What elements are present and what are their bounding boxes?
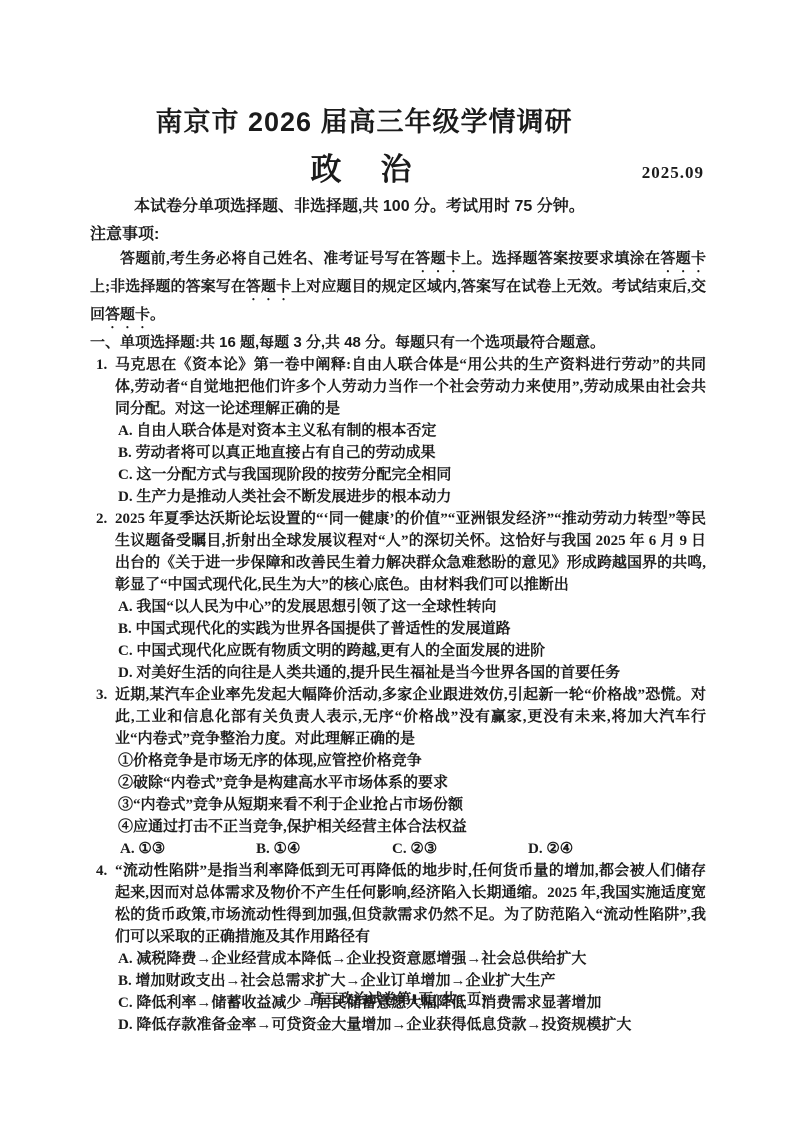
question-stem: “流动性陷阱”是指当利率降低到无可再降低的地步时,任何货币量的增加,都会被人们储… bbox=[115, 860, 706, 948]
plain-text: 上;非选择题的答案写在 bbox=[90, 279, 246, 295]
section-heading: 一、单项选择题:共 16 题,每题 3 分,共 48 分。每题只有一个选项最符合… bbox=[90, 332, 706, 354]
answer-option: B. 劳动者将可以真正地直接占有自己的劳动成果 bbox=[118, 442, 706, 464]
exam-date: 2025.09 bbox=[642, 162, 704, 184]
question-stem: 近期,某汽车企业率先发起大幅降价活动,多家企业跟进效仿,引起新一轮“价格战”恐慌… bbox=[115, 684, 706, 750]
answer-option: C. ②③ bbox=[392, 838, 528, 860]
answer-option: D. ②④ bbox=[528, 838, 664, 860]
answer-option: B. 中国式现代化的实践为世界各国提供了普适性的发展道路 bbox=[118, 618, 706, 640]
plain-text: 。 bbox=[150, 307, 165, 323]
answer-option: D. 生产力是推动人类社会不断发展进步的根本动力 bbox=[118, 486, 706, 508]
emphasized-text: 答题卡 bbox=[415, 251, 461, 267]
answer-option: D. 对美好生活的向往是人类共通的,提升民生福祉是当今世界各国的首要任务 bbox=[118, 662, 706, 684]
question-options: A. 我国“以人民为中心”的发展思想引领了这一全球性转向B. 中国式现代化的实践… bbox=[115, 596, 706, 684]
question: 3. 近期,某汽车企业率先发起大幅降价活动,多家企业跟进效仿,引起新一轮“价格战… bbox=[90, 684, 706, 860]
statement-item: ④应通过打击不正当竞争,保护相关经营主体合法权益 bbox=[118, 816, 706, 838]
answer-option: A. 自由人联合体是对资本主义私有制的根本否定 bbox=[118, 420, 706, 442]
notice-text: 答题前,考生务必将自己姓名、准考证号写在答题卡上。选择题答案按要求填涂在答题卡上… bbox=[90, 248, 706, 332]
answer-option: B. ①④ bbox=[256, 838, 392, 860]
answer-option: C. 中国式现代化应既有物质文明的跨越,更有人的全面发展的进阶 bbox=[118, 640, 706, 662]
question-number: 4. bbox=[96, 860, 107, 882]
answer-option: A. 我国“以人民为中心”的发展思想引领了这一全球性转向 bbox=[118, 596, 706, 618]
answer-option: C. 这一分配方式与我国现阶段的按劳分配完全相同 bbox=[118, 464, 706, 486]
question-list: 1. 马克思在《资本论》第一卷中阐释:自由人联合体是“用公共的生产资料进行劳动”… bbox=[90, 354, 706, 1036]
answer-option: A. ①③ bbox=[120, 838, 256, 860]
emphasized-text: 答题卡 bbox=[660, 251, 706, 267]
question-options: ①价格竞争是市场无序的体现,应管控价格竞争②破除“内卷式”竞争是构建高水平市场体… bbox=[115, 750, 706, 860]
answer-option: B. 增加财政支出→社会总需求扩大→企业订单增加→企业扩大生产 bbox=[118, 970, 706, 992]
exam-page: 南京市 2026 届高三年级学情调研 政 治 2025.09 本试卷分单项选择题… bbox=[0, 0, 794, 1123]
statement-item: ①价格竞争是市场无序的体现,应管控价格竞争 bbox=[118, 750, 706, 772]
question-stem: 马克思在《资本论》第一卷中阐释:自由人联合体是“用公共的生产资料进行劳动”的共同… bbox=[115, 354, 706, 420]
plain-text: 上。选择题答案按要求填涂在 bbox=[461, 251, 660, 267]
question-stem: 2025 年夏季达沃斯论坛设置的“‘同一健康’的价值”“亚洲银发经济”“推动劳动… bbox=[115, 508, 706, 596]
page-content: 南京市 2026 届高三年级学情调研 政 治 2025.09 本试卷分单项选择题… bbox=[90, 0, 706, 1036]
question-number: 1. bbox=[96, 354, 107, 376]
page-footer: 高三政治试卷第1页( 共6 页) bbox=[90, 990, 706, 1010]
exam-info: 本试卷分单项选择题、非选择题,共 100 分。考试用时 75 分钟。 bbox=[134, 196, 706, 218]
plain-text: 答题前,考生务必将自己姓名、准考证号写在 bbox=[120, 251, 415, 267]
answer-option: A. 减税降费→企业经营成本降低→企业投资意愿增强→社会总供给扩大 bbox=[118, 948, 706, 970]
question-number: 3. bbox=[96, 684, 107, 706]
subject-row: 政 治 2025.09 bbox=[90, 150, 706, 190]
page-title: 南京市 2026 届高三年级学情调研 bbox=[56, 106, 672, 138]
statement-item: ③“内卷式”竞争从短期来看不利于企业抢占市场份额 bbox=[118, 794, 706, 816]
subject-title: 政 治 bbox=[20, 150, 706, 190]
answer-option: D. 降低存款准备金率→可贷资金大量增加→企业获得低息贷款→投资规模扩大 bbox=[118, 1014, 706, 1036]
question-number: 2. bbox=[96, 508, 107, 530]
statement-item: ②破除“内卷式”竞争是构建高水平市场体系的要求 bbox=[118, 772, 706, 794]
question: 1. 马克思在《资本论》第一卷中阐释:自由人联合体是“用公共的生产资料进行劳动”… bbox=[90, 354, 706, 508]
emphasized-text: 答题卡 bbox=[246, 279, 291, 295]
answer-options-row: A. ①③B. ①④C. ②③D. ②④ bbox=[120, 838, 706, 860]
notice-title: 注意事项: bbox=[90, 224, 706, 246]
emphasized-text: 答题卡 bbox=[105, 307, 150, 323]
question: 2. 2025 年夏季达沃斯论坛设置的“‘同一健康’的价值”“亚洲银发经济”“推… bbox=[90, 508, 706, 684]
question-options: A. 自由人联合体是对资本主义私有制的根本否定B. 劳动者将可以真正地直接占有自… bbox=[115, 420, 706, 508]
